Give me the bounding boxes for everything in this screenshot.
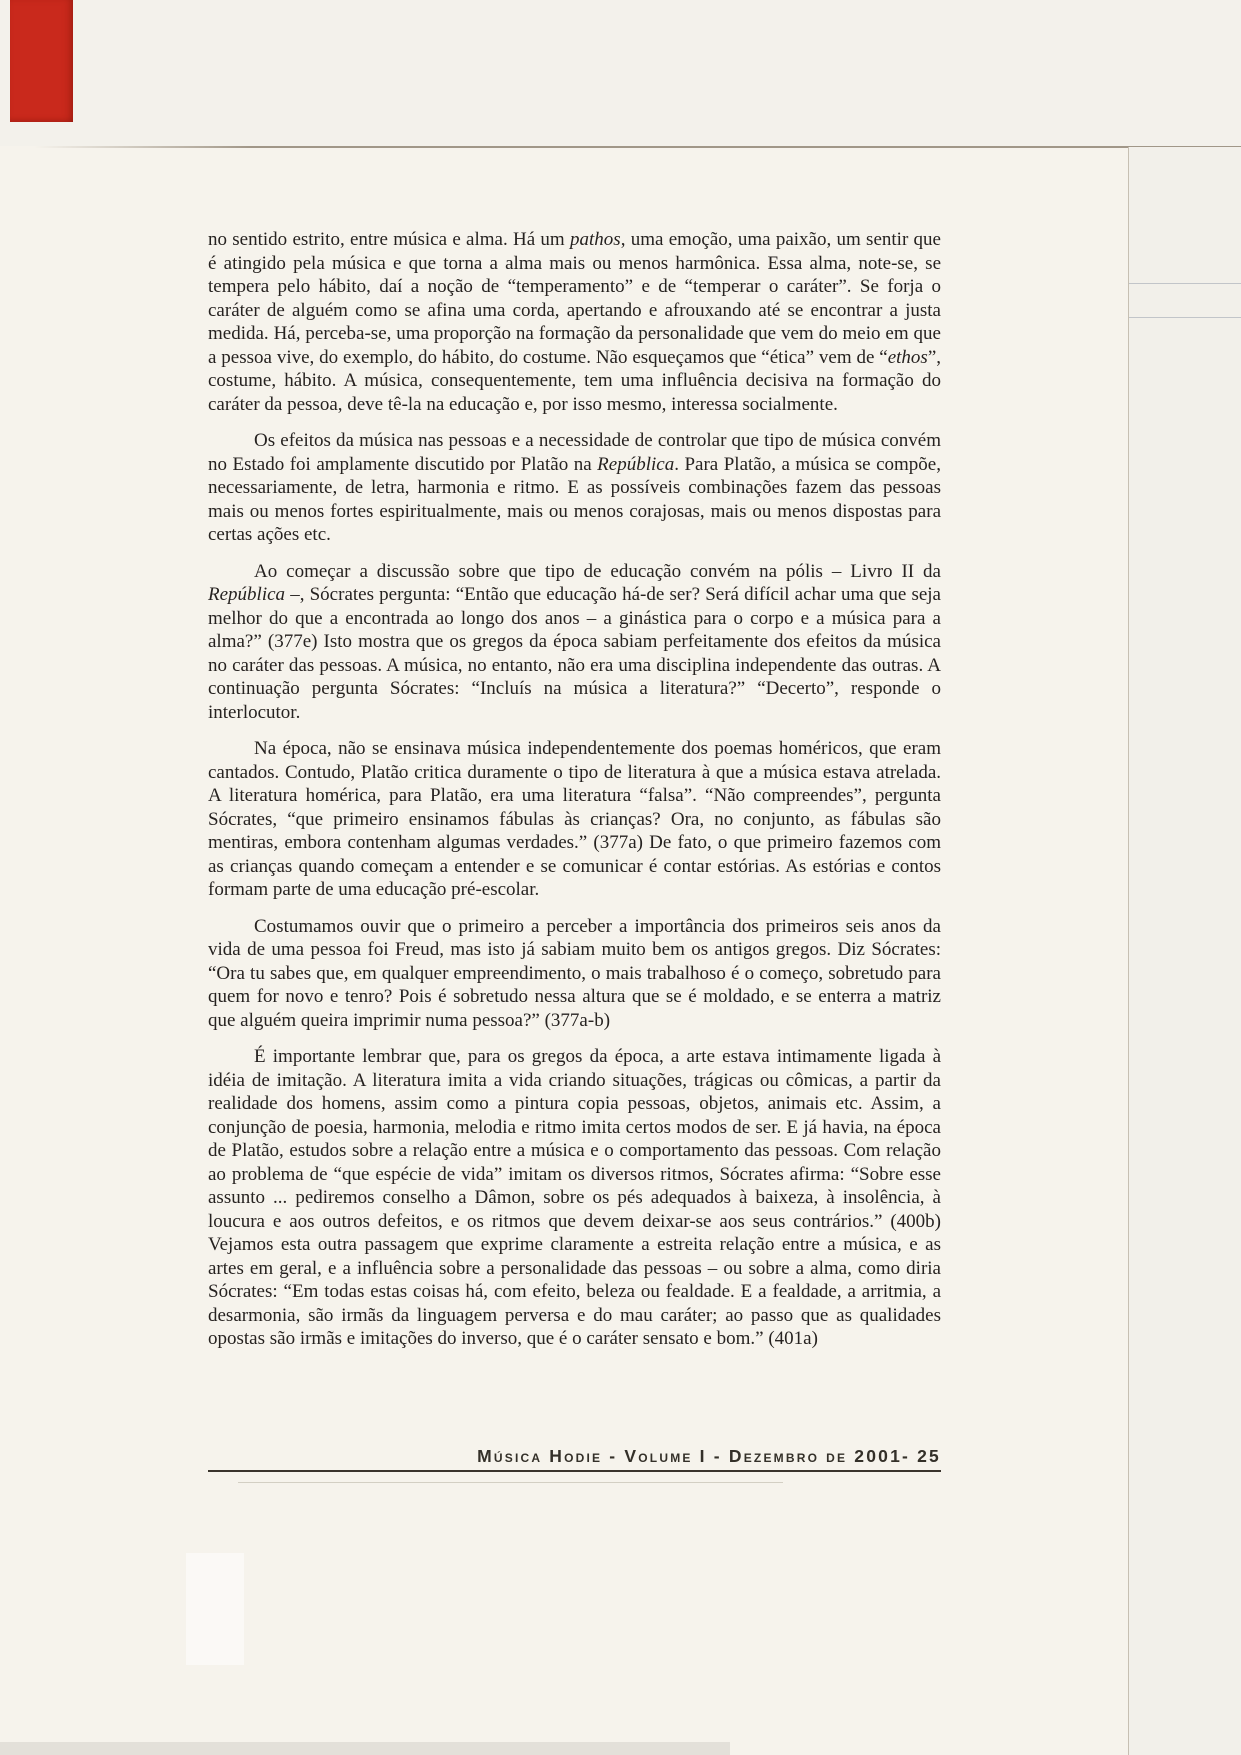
page-top-edge-line [34,146,1241,148]
paragraph-6: É importante lembrar que, para os gregos… [208,1045,941,1351]
margin-mark-line-1 [1129,283,1241,284]
scan-top-band [0,0,1241,146]
paragraph-5: Costumamos ouvir que o primeiro a perceb… [208,915,941,1033]
paragraph-1: no sentido estrito, entre música e alma.… [208,228,941,416]
scan-right-band [1129,147,1241,1755]
page-footer: Música Hodie - Volume I - Dezembro de 20… [208,1446,941,1472]
journal-footer-line: Música Hodie - Volume I - Dezembro de 20… [208,1446,941,1467]
footer-ghost-line [238,1482,783,1483]
footer-rule [208,1470,941,1472]
scan-bottom-band [0,1742,730,1755]
article-text: no sentido estrito, entre música e alma.… [208,228,941,1351]
paragraph-3: Ao começar a discussão sobre que tipo de… [208,560,941,725]
paragraph-2: Os efeitos da música nas pessoas e a nec… [208,429,941,547]
paragraph-4: Na época, não se ensinava música indepen… [208,737,941,902]
margin-mark-line-2 [1129,317,1241,318]
red-bookmark-strip [10,0,73,122]
scan-light-patch [186,1553,244,1665]
scanned-page: no sentido estrito, entre música e alma.… [0,0,1241,1755]
page-right-edge-line [1128,147,1129,1755]
